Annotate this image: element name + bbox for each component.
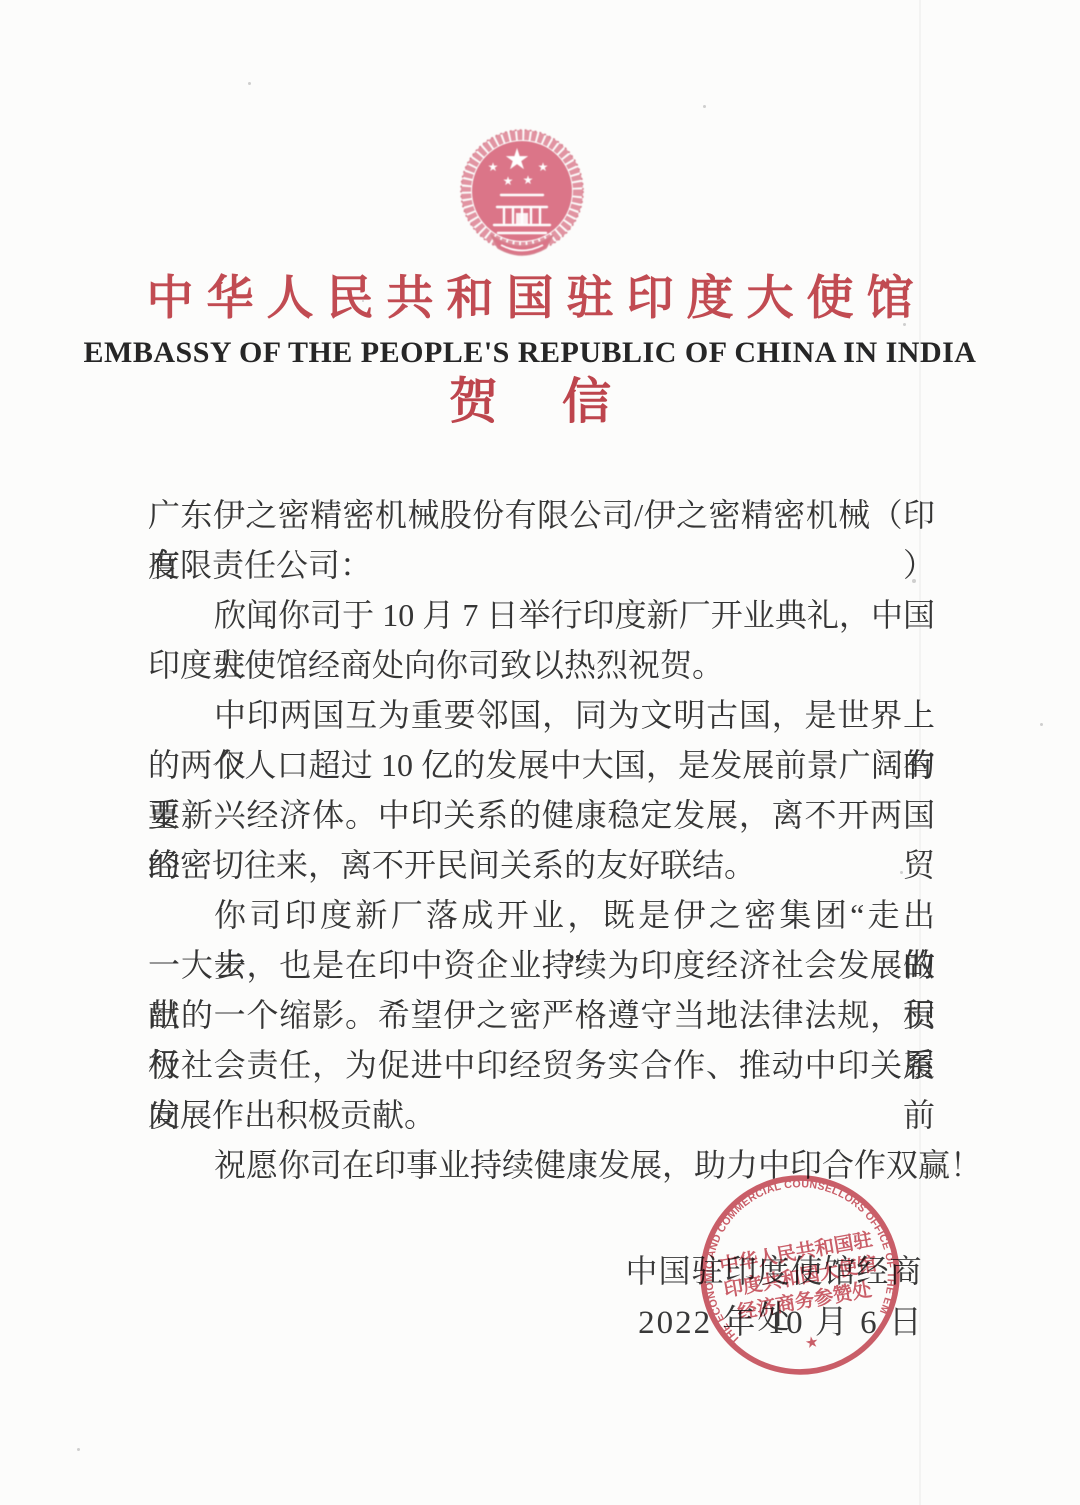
letter-line: 的两个人口超过 10 亿的发展中大国，是发展前景广阔的重 (148, 740, 935, 790)
embassy-title-cn-text: 中华人民共和国驻印度大使馆 (134, 273, 927, 325)
embassy-title-cn: 中华人民共和国驻印度大使馆 (0, 272, 1060, 326)
letter-line: 印度大使馆经商处向你司致以热烈祝贺。 (148, 640, 935, 690)
letter-line: 要新兴经济体。中印关系的健康稳定发展，离不开两国经贸 (148, 790, 935, 840)
scan-speck (1040, 723, 1043, 726)
letter-type-text: 贺信 (385, 374, 675, 429)
letter-body: 广东伊之密精密机械股份有限公司/伊之密精密机械（印度） 有限责任公司： 欣闻你司… (148, 490, 935, 1190)
scan-speck (248, 82, 251, 85)
svg-text:★: ★ (503, 174, 514, 188)
svg-text:★: ★ (504, 142, 530, 176)
embassy-title-en: EMBASSY OF THE PEOPLE'S REPUBLIC OF CHIN… (0, 336, 1060, 370)
letter-page: ★ ★ ★ ★ ★ 中华人民共和国驻印度大使馆 EMBASSY OF THE P… (0, 0, 1080, 1505)
letter-line: 欣闻你司于 10 月 7 日举行印度新厂开业典礼，中国驻 (148, 590, 935, 640)
letter-line: 一大步，也是在印中资企业持续为印度经济社会发展做出贡 (148, 940, 935, 990)
letter-line: 中印两国互为重要邻国，同为文明古国，是世界上仅有 (148, 690, 935, 740)
letter-line: 广东伊之密精密机械股份有限公司/伊之密精密机械（印度） (148, 490, 935, 540)
embassy-title-en-text: EMBASSY OF THE PEOPLE'S REPUBLIC OF CHIN… (84, 336, 977, 369)
china-national-emblem-icon: ★ ★ ★ ★ ★ (457, 128, 587, 264)
letter-line: 你司印度新厂落成开业，既是伊之密集团“走出去”的 (148, 890, 935, 940)
scan-speck (703, 105, 706, 108)
svg-text:★: ★ (538, 160, 549, 174)
official-seal-stamp: THE ECONOMIC AND COMMERCIAL COUNSELLORS … (698, 1173, 902, 1377)
svg-text:★: ★ (523, 173, 534, 187)
letter-line: 行社会责任，为促进中印经贸务实合作、推动中印关系向前 (148, 1040, 935, 1090)
svg-text:★: ★ (488, 160, 499, 174)
letter-type-heading: 贺信 (0, 374, 1060, 430)
letter-line: 献的一个缩影。希望伊之密严格遵守当地法律法规，积极履 (148, 990, 935, 1040)
seal-star-icon: ★ (804, 1332, 821, 1352)
scan-speck (77, 1448, 80, 1451)
